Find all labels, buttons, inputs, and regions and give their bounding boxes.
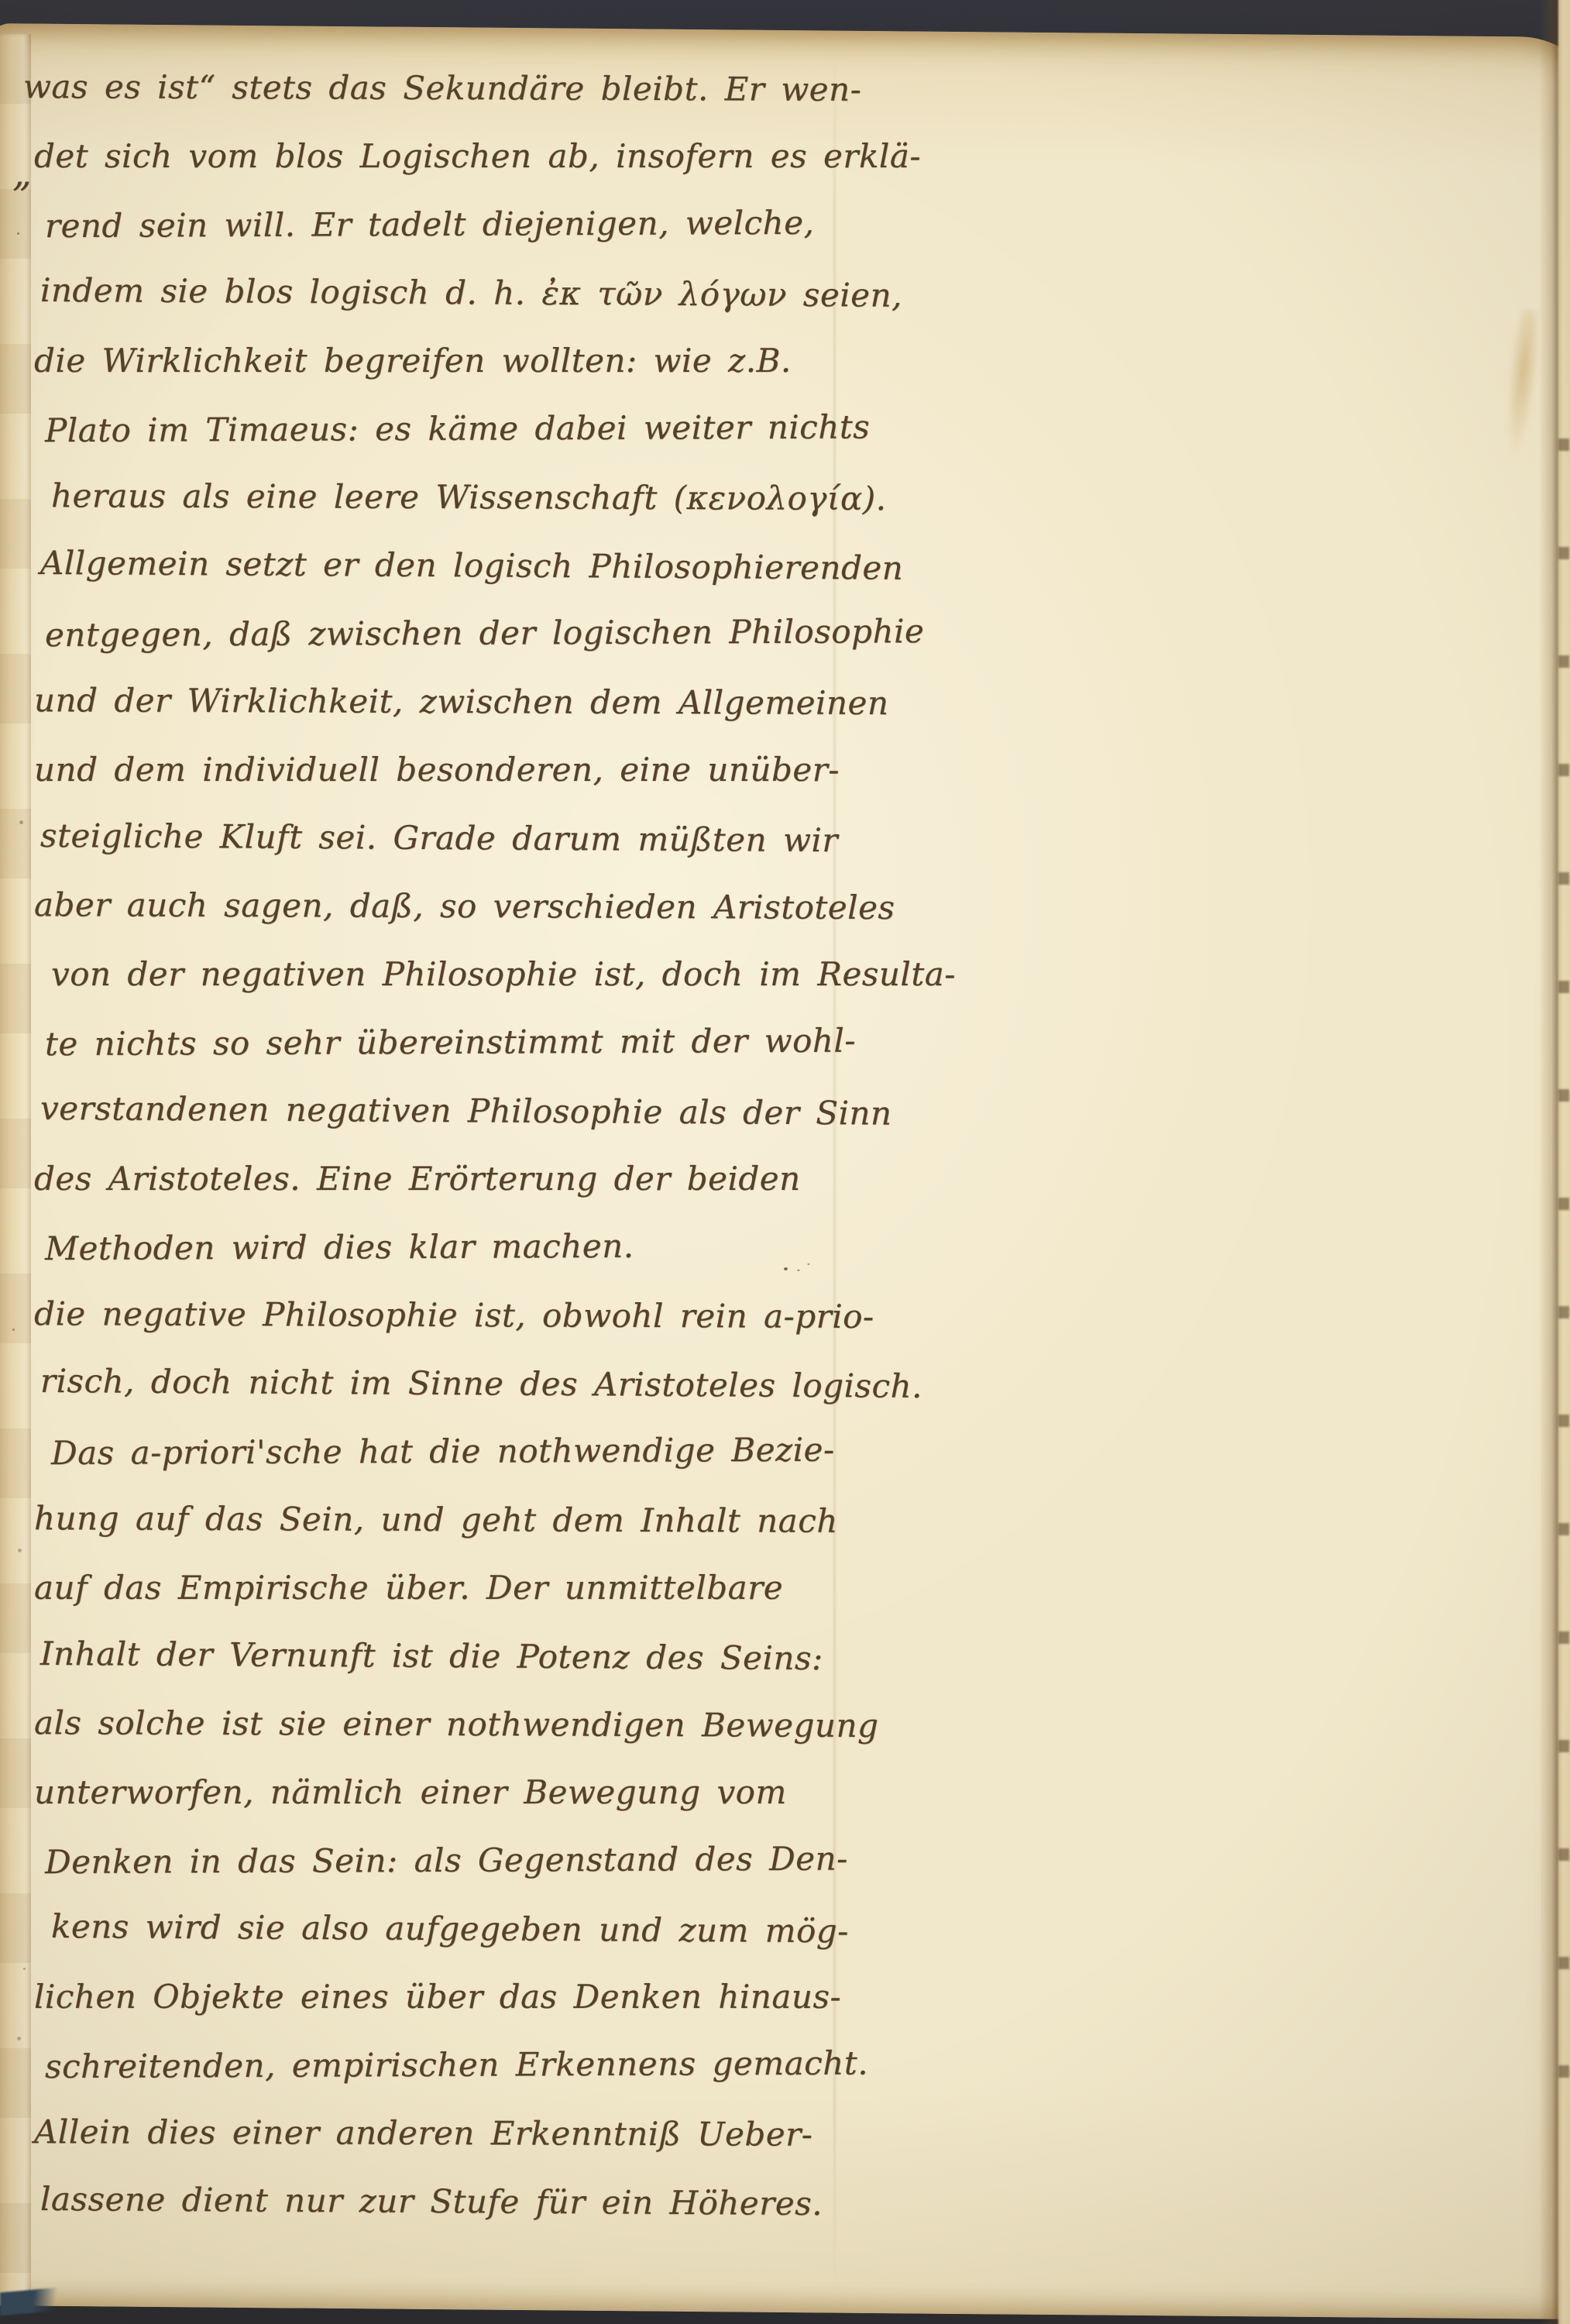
manuscript-line: als solche ist sie einer nothwendigen Be… bbox=[14, 1689, 840, 1760]
manuscript-line: indem sie blos logisch d. h. ἐκ τῶν λόγω… bbox=[14, 256, 840, 330]
manuscript-line: schreitenden, empirischen Erkennens gema… bbox=[14, 2030, 840, 2102]
manuscript-line: hung auf das Sein, und geht dem Inhalt n… bbox=[14, 1484, 840, 1556]
manuscript-line: die negative Philosophie ist, obwohl rei… bbox=[14, 1280, 840, 1351]
manuscript-line: det sich vom blos Logischen ab, insofern… bbox=[14, 122, 840, 191]
manuscript-line: lassene dient nur zur Stufe für ein Höhe… bbox=[14, 2165, 840, 2239]
next-page-text-sliver bbox=[1558, 364, 1569, 2146]
manuscript-line: Methoden wird dies klar machen. bbox=[14, 1212, 840, 1284]
manuscript-line: Inhalt der Vernunft ist die Potenz des S… bbox=[14, 1620, 840, 1693]
manuscript-line: lichen Objekte eines über das Denken hin… bbox=[14, 1963, 840, 2031]
manuscript-line: und dem individuell besonderen, eine unü… bbox=[14, 736, 840, 804]
manuscript-line: Das a-priori'sche hat die nothwendige Be… bbox=[14, 1416, 840, 1488]
manuscript-line: steigliche Kluft sei. Grade darum müßten… bbox=[14, 802, 840, 875]
manuscript-line: entgegen, daß zwischen der logischen Phi… bbox=[14, 598, 840, 670]
manuscript-line: aber auch sagen, daß, so verschieden Ari… bbox=[14, 871, 840, 942]
manuscript-line: Allgemein setzt er den logisch Philosoph… bbox=[14, 529, 840, 603]
manuscript-line: risch, doch nicht im Sinne des Aristotel… bbox=[14, 1347, 840, 1421]
manuscript-line: und der Wirklichkeit, zwischen dem Allge… bbox=[14, 666, 840, 737]
manuscript-line: des Aristoteles. Eine Erörterung der bei… bbox=[14, 1145, 840, 1213]
manuscript-line: te nichts so sehr übereinstimmt mit der … bbox=[14, 1007, 840, 1079]
manuscript-line: Allein dies einer anderen Erkenntniß Ueb… bbox=[14, 2098, 840, 2169]
manuscript-line: auf das Empirische über. Der unmittelbar… bbox=[14, 1554, 840, 1622]
manuscript-line: Plato im Timaeus: es käme dabei weiter n… bbox=[14, 394, 840, 466]
handwritten-text-column: was es ist“ stets das Sekundäre bleibt. … bbox=[14, 54, 840, 2236]
manuscript-line: die Wirklichkeit begreifen wollten: wie … bbox=[14, 327, 840, 395]
manuscript-line: kens wird sie also aufgegeben und zum mö… bbox=[14, 1893, 840, 1966]
manuscript-line: von der negativen Philosophie ist, doch … bbox=[14, 940, 840, 1009]
manuscript-line: unterworfen, nämlich einer Bewegung vom bbox=[14, 1758, 840, 1827]
manuscript-line: was es ist“ stets das Sekundäre bleibt. … bbox=[14, 53, 840, 124]
manuscript-line: verstandenen negativen Philosophie als d… bbox=[14, 1074, 840, 1148]
manuscript-line: rend sein will. Er tadelt diejenigen, we… bbox=[14, 189, 840, 261]
manuscript-scan: „ was es ist“ stets das Sekundäre bleibt… bbox=[0, 0, 1570, 2324]
manuscript-line: Denken in das Sein: als Gegenstand des D… bbox=[14, 1825, 840, 1897]
manuscript-line: heraus als eine leere Wissenschaft (κενο… bbox=[14, 462, 840, 533]
binding-corner bbox=[0, 2288, 60, 2316]
